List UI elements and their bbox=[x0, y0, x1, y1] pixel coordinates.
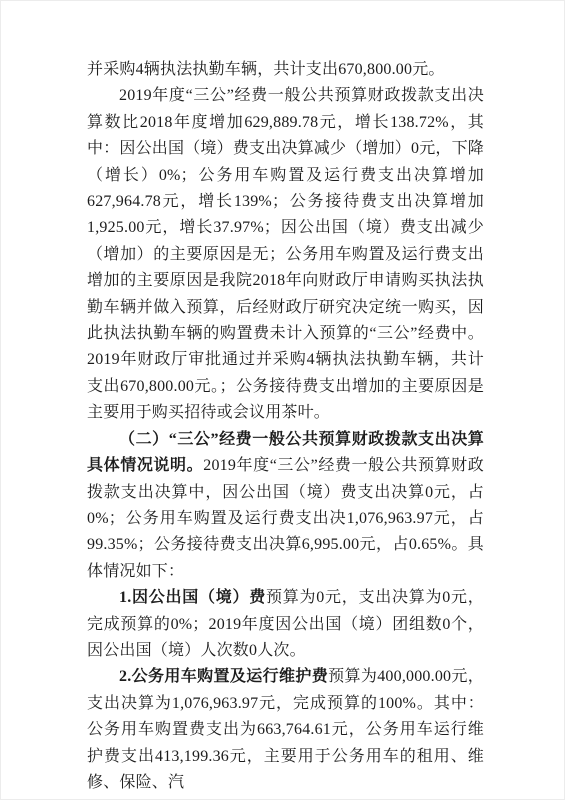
paragraph-three-public-summary: 2019年度“三公”经费一般公共预算财政拨款支出决算数比2018年度增加629,… bbox=[87, 83, 484, 426]
item-2-heading-text: 2.公务用车购置及运行维护费 bbox=[119, 668, 328, 685]
document-page: 并采购4辆执法执勤车辆，共计支出670,800.00元。 2019年度“三公”经… bbox=[0, 0, 565, 800]
document-body: 并采购4辆执法执勤车辆，共计支出670,800.00元。 2019年度“三公”经… bbox=[87, 57, 484, 796]
paragraph-text: 预算为400,000.00元，支出决算为1,076,963.97元，完成预算的1… bbox=[87, 668, 484, 791]
paragraph-continuation: 并采购4辆执法执勤车辆，共计支出670,800.00元。 bbox=[87, 57, 484, 83]
paragraph-text: 2019年度“三公”经费一般公共预算财政拨款支出决算数比2018年度增加629,… bbox=[87, 87, 484, 421]
paragraph-text: 2019年度“三公”经费一般公共预算财政拨款支出决算中，因公出国（境）费支出决算… bbox=[87, 457, 484, 580]
paragraph-item-2-vehicle-expense: 2.公务用车购置及运行维护费预算为400,000.00元，支出决算为1,076,… bbox=[87, 664, 484, 796]
paragraph-item-1-abroad-expense: 1.因公出国（境）费预算为0元，支出决算为0元，完成预算的0%；2019年度因公… bbox=[87, 585, 484, 664]
paragraph-text: 并采购4辆执法执勤车辆，共计支出670,800.00元。 bbox=[87, 61, 445, 78]
paragraph-section-two: （二）“三公”经费一般公共预算财政拨款支出决算具体情况说明。2019年度“三公”… bbox=[87, 427, 484, 585]
item-1-heading-text: 1.因公出国（境）费 bbox=[119, 589, 266, 606]
